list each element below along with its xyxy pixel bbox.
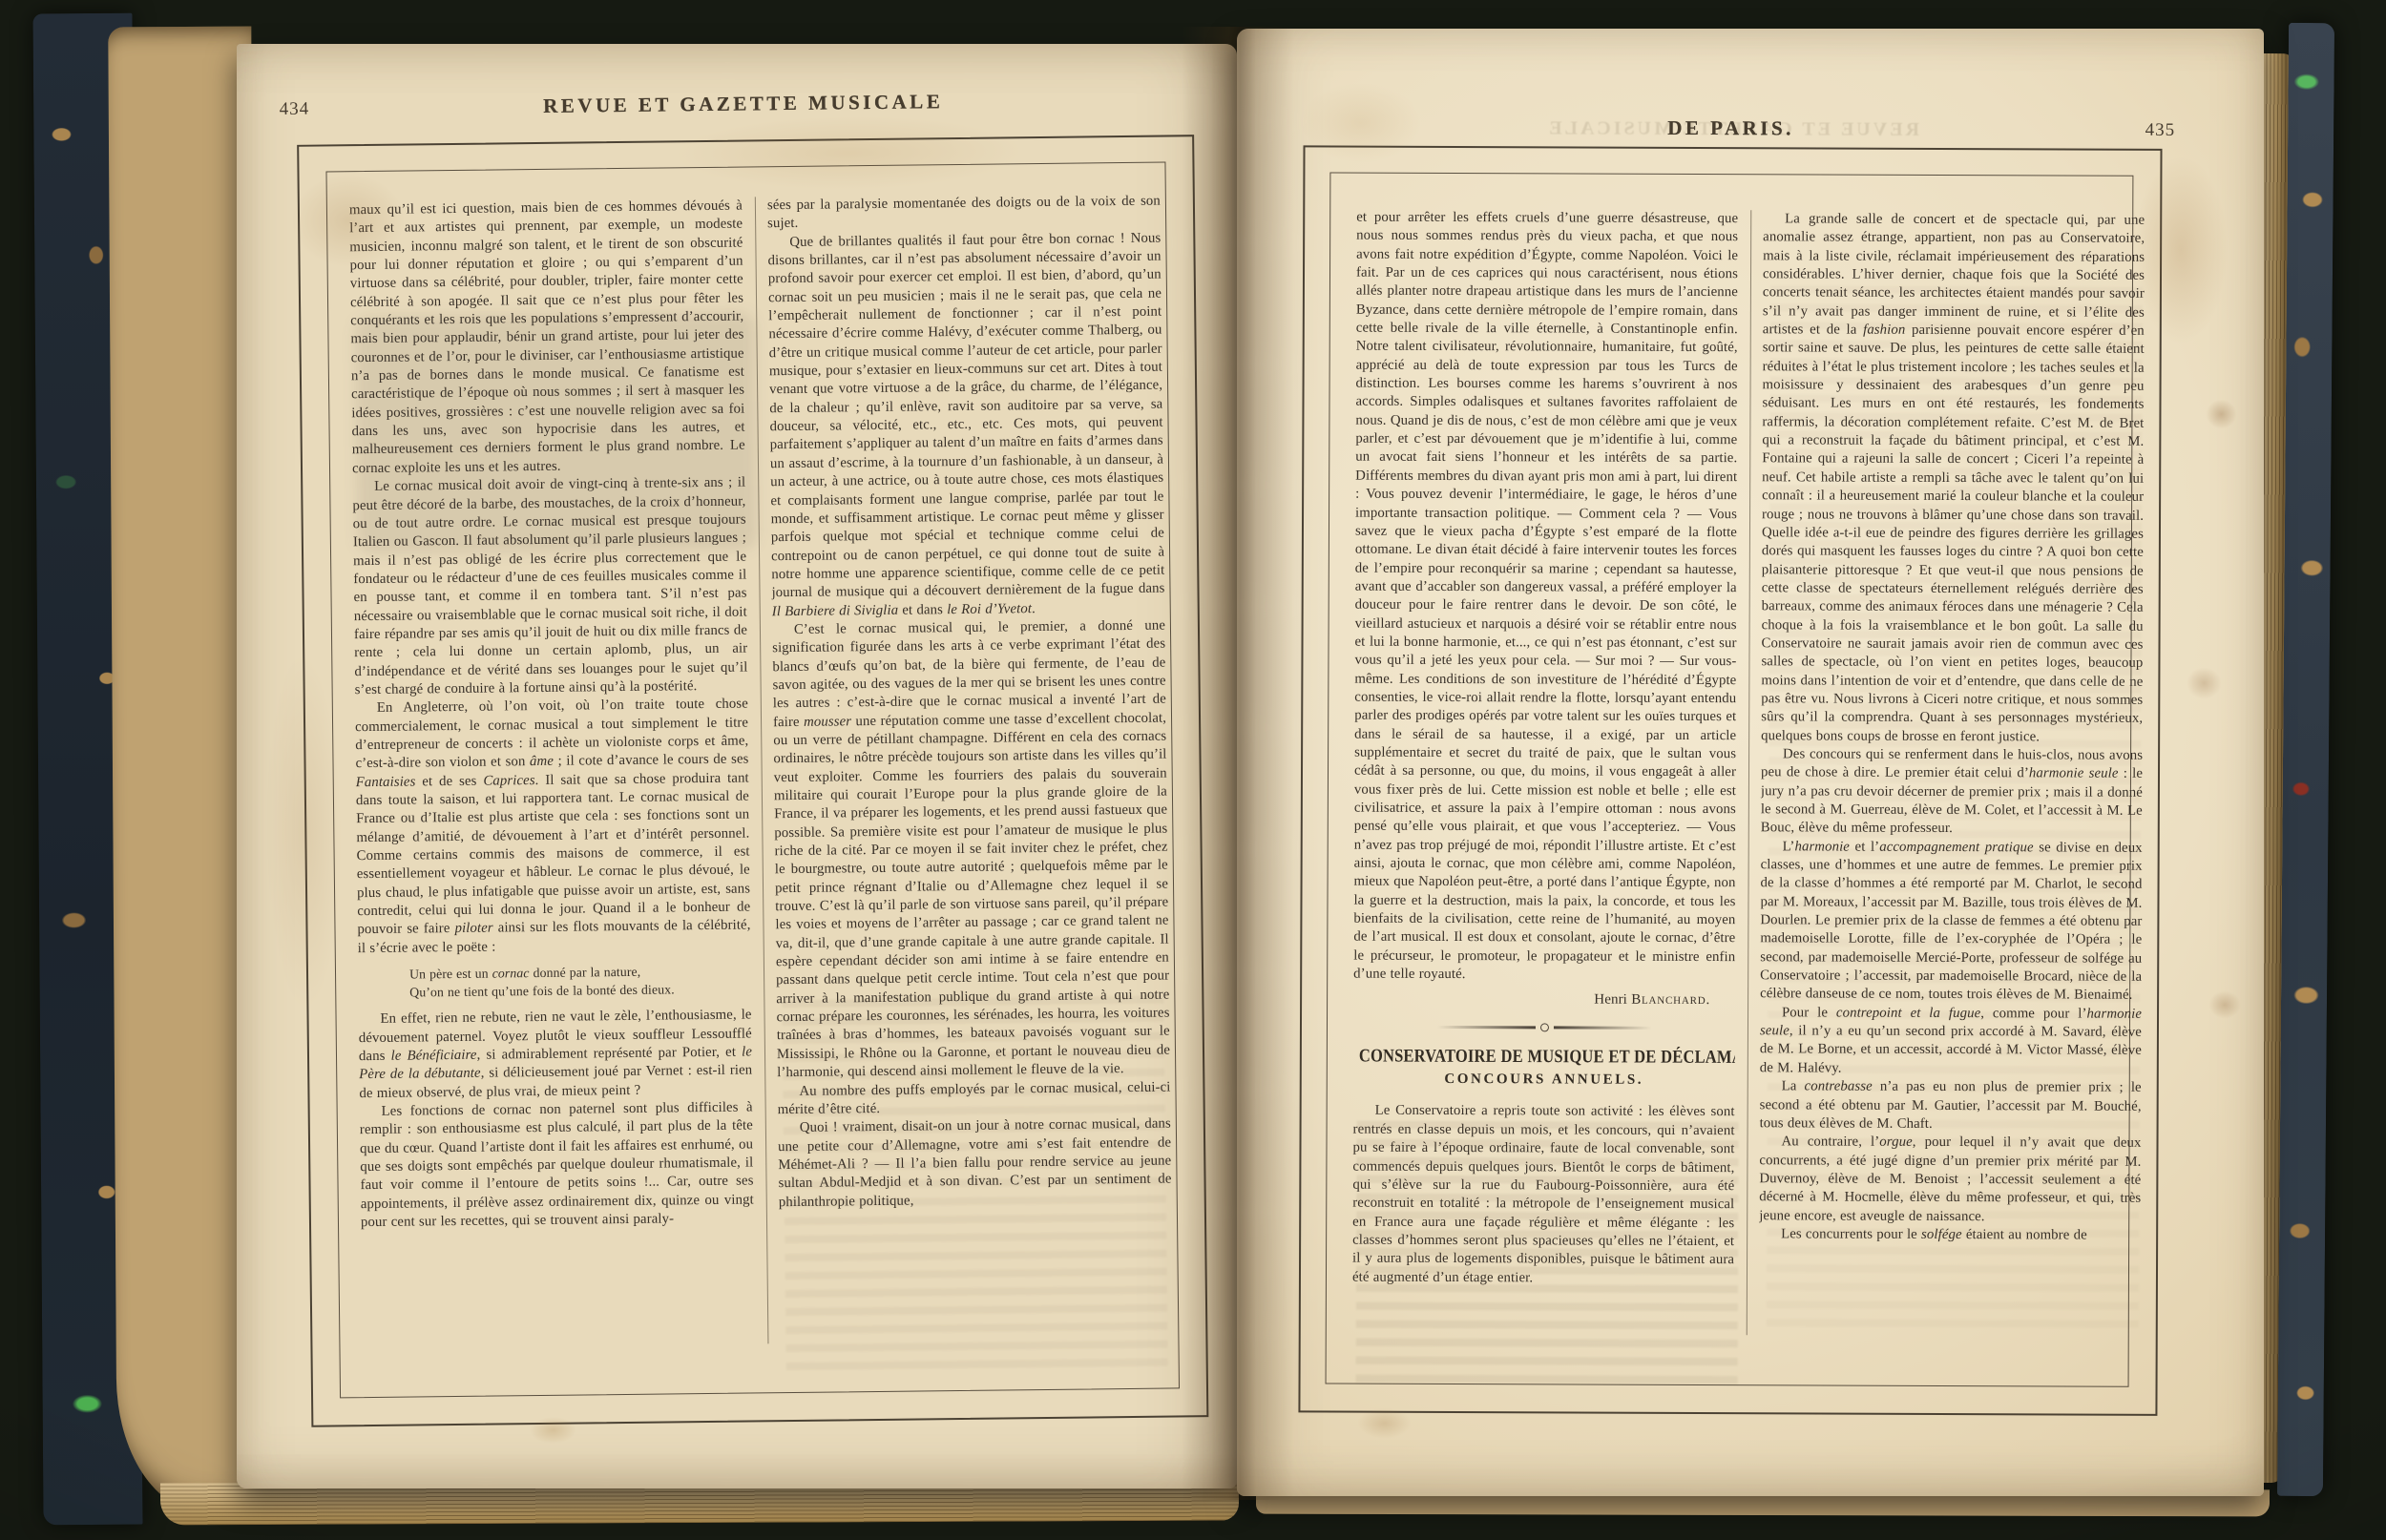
text-run: . — [1032, 601, 1036, 616]
paragraph: L’harmonie et l’accompagnement pratique … — [1760, 838, 2143, 1006]
text-run: Les concurrents pour le — [1781, 1226, 1921, 1242]
article-title: CONSERVATOIRE DE MUSIQUE ET DE DÉCLAMATI… — [1359, 1045, 1729, 1068]
text-run: et l’ — [1850, 839, 1879, 854]
text-run: donné par la nature, — [529, 965, 640, 980]
italic-text: contrepoint et la fugue — [1836, 1005, 1980, 1021]
text-run: étaient au nombre de — [1962, 1227, 2087, 1243]
text-run: se divise en deux classes, une d’hommes … — [1760, 840, 2143, 1003]
text-run: Le cornac musical doit avoir de vingt-ci… — [352, 475, 747, 697]
text-run: Le Conservatoire a repris toute son acti… — [1352, 1103, 1735, 1285]
text-run: L’ — [1783, 839, 1795, 854]
text-column: sées par la paralysie momentanée des doi… — [767, 193, 1174, 1392]
paragraph: Le Conservatoire a repris toute son acti… — [1352, 1102, 1735, 1288]
paragraph: Que de brillantes qualités il faut pour … — [767, 229, 1165, 621]
text-run: Un père est un — [409, 967, 492, 982]
paragraph: Les fonctions de cornac non paternel son… — [360, 1098, 755, 1232]
smallcaps-text: Blanchard. — [1631, 992, 1710, 1008]
text-run: Pour le — [1782, 1005, 1836, 1020]
text-run: , il n’y a eu qu’un second prix accordé … — [1760, 1023, 2142, 1075]
text-run: Les fonctions de cornac non paternel son… — [360, 1099, 754, 1230]
text-column: maux qu’il est ici question, mais bien d… — [349, 198, 756, 1397]
italic-text: accompagnement pratique — [1879, 839, 2034, 855]
text-run: Qu’on ne tient qu’une fois de la bonté d… — [409, 982, 675, 999]
paragraph: La grande salle de concert et de spectac… — [1761, 210, 2145, 747]
text-run: une réputation comme une tasse d’excelle… — [773, 710, 1170, 1080]
author-signature: Henri Blanchard. — [1353, 990, 1710, 1010]
ornament-rule — [1436, 1026, 1535, 1029]
text-run: Au contraire, l’ — [1781, 1134, 1879, 1150]
paragraph: Le cornac musical doit avoir de vingt-ci… — [352, 474, 748, 700]
paragraph: La contrebasse n’a pas eu non plus de pr… — [1760, 1077, 2142, 1134]
italic-text: harmonie — [1794, 839, 1850, 854]
stain — [2202, 985, 2248, 1025]
text-run: , si admirablement représenté par Potier… — [476, 1045, 742, 1063]
italic-text: Fantaisies — [356, 774, 416, 790]
running-title-left: REVUE ET GAZETTE MUSICALE — [297, 87, 1190, 121]
text-run: parisienne pouvait encore espérer d’en s… — [1761, 323, 2145, 744]
text-run: sées par la paralysie momentanée des doi… — [767, 194, 1161, 232]
italic-text: cornac — [492, 966, 530, 980]
paragraph: C’est le cornac musical qui, le premier,… — [772, 616, 1170, 1082]
right-page: REVUE ET GAZETTE MUSICALE DE PARIS. 435 … — [1237, 29, 2264, 1496]
italic-text: orgue — [1879, 1134, 1913, 1150]
italic-text: harmonie seule — [2029, 766, 2119, 781]
text-run: ; il cote d’avance le cours de ses — [554, 752, 749, 769]
paragraph: En effet, rien ne rebute, rien ne vaut l… — [358, 1007, 752, 1103]
running-title-right: DE PARIS. — [1304, 114, 2159, 141]
text-run: La — [1782, 1078, 1805, 1093]
italic-text: mousser — [804, 714, 851, 730]
paragraph: sées par la paralysie momentanée des doi… — [767, 193, 1161, 234]
text-run: et dans — [898, 602, 947, 618]
stain — [2179, 660, 2229, 706]
page-number-right: 435 — [2145, 120, 2176, 141]
text-run: . Il sait que sa chose produira tant dan… — [356, 770, 750, 937]
article-subtitle: CONCOURS ANNUELS. — [1353, 1071, 1735, 1091]
paragraph: En Angleterre, où l’on voit, où l’on tra… — [355, 696, 751, 958]
text-column: et pour arrêter les effets cruels d’une … — [1352, 209, 1739, 1383]
text-block-left: maux qu’il est ici question, mais bien d… — [349, 193, 1174, 1397]
text-run: et de ses — [415, 773, 483, 789]
italic-text: Caprices — [483, 773, 534, 789]
italic-text: contrebasse — [1805, 1079, 1873, 1094]
paragraph: et pour arrêter les effets cruels d’une … — [1353, 209, 1738, 986]
ornament-rule — [1553, 1026, 1651, 1029]
italic-text: solfége — [1921, 1227, 1962, 1242]
verse-quotation: Un père est un cornac donné par la natur… — [409, 963, 751, 1002]
text-run: Henri — [1594, 992, 1631, 1008]
column-divider — [754, 197, 768, 1343]
text-block-right: et pour arrêter les effets cruels d’une … — [1352, 209, 2145, 1384]
paragraph: Quoi ! vraiment, disait-on un jour à not… — [778, 1115, 1172, 1212]
italic-text: le Bénéficiaire — [391, 1048, 477, 1064]
italic-text: Il Barbiere di Siviglia — [772, 602, 899, 619]
paragraph: Des concours qui se renferment dans le h… — [1761, 745, 2143, 839]
stain — [2199, 393, 2243, 435]
text-run: maux qu’il est ici question, mais bien d… — [349, 198, 745, 476]
text-run: Quoi ! vraiment, disait-on un jour à not… — [778, 1116, 1172, 1210]
section-divider-ornament — [1436, 1023, 1651, 1032]
italic-text: âme — [530, 754, 554, 769]
column-divider — [1746, 210, 1751, 1335]
italic-text: le Roi d’Yvetot — [947, 601, 1032, 617]
text-run: , comme pour l’ — [1980, 1006, 2086, 1021]
text-run: et pour arrêter les effets cruels d’une … — [1353, 210, 1738, 983]
verse-line: Qu’on ne tient qu’une fois de la bonté d… — [409, 980, 751, 1002]
book-spread-photo: 434 REVUE ET GAZETTE MUSICALE maux qu’il… — [0, 0, 2386, 1540]
text-run: Que de brillantes qualités il faut pour … — [767, 230, 1164, 600]
text-run: La grande salle de concert et de spectac… — [1763, 211, 2145, 337]
paragraph: maux qu’il est ici question, mais bien d… — [349, 198, 745, 479]
ornament-dot-icon — [1539, 1023, 1548, 1031]
paragraph: Pour le contrepoint et la fugue, comme p… — [1760, 1004, 2142, 1079]
italic-text: piloter — [454, 921, 492, 936]
text-run: Au nombre des puffs employés par le corn… — [778, 1079, 1171, 1117]
italic-text: fashion — [1863, 323, 1905, 338]
paragraph: Les concurrents pour le solfége étaient … — [1759, 1225, 2141, 1245]
paragraph: Au nombre des puffs employés par le corn… — [777, 1078, 1170, 1119]
text-column: La grande salle de concert et de spectac… — [1759, 210, 2145, 1384]
left-page: 434 REVUE ET GAZETTE MUSICALE maux qu’il… — [237, 44, 1237, 1488]
paragraph: Au contraire, l’orgue, pour lequel il n’… — [1759, 1133, 2141, 1226]
